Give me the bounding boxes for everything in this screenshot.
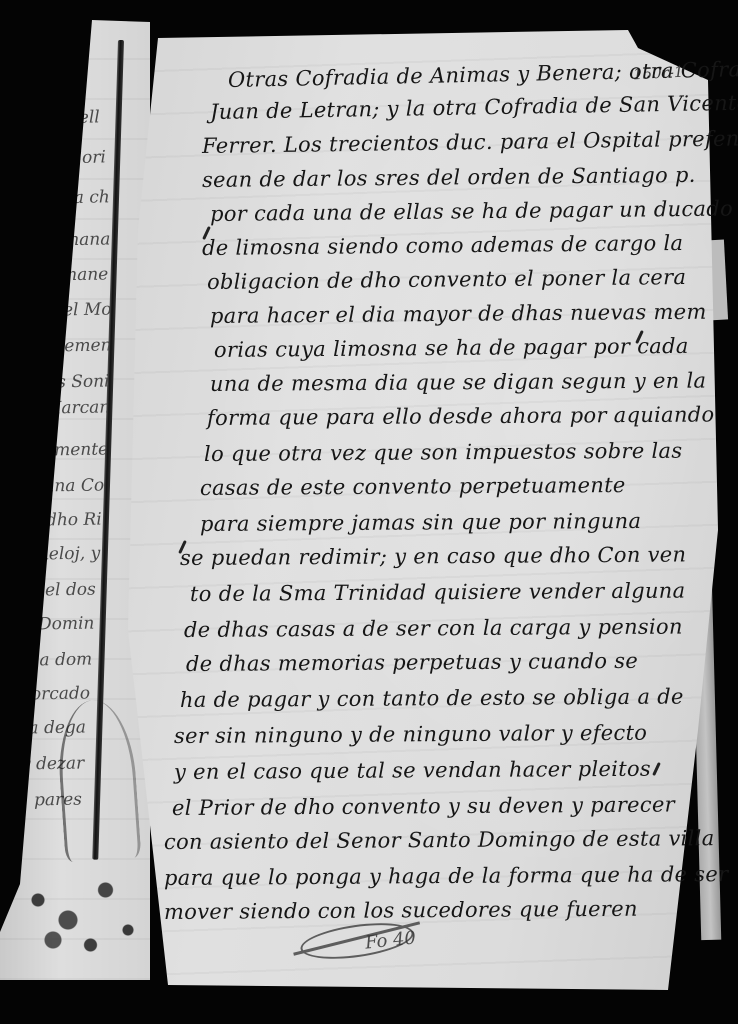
manuscript-line: el Prior de dho convento y su deven y pa…	[172, 792, 675, 820]
manuscript-line: por cada una de ellas se ha de pagar un …	[210, 197, 733, 226]
manuscript-line: para hacer el dia mayor de dhas nuevas m…	[210, 300, 707, 328]
scanned-image-background: Centell en Sori Grana ch manana y mane e…	[0, 0, 738, 1024]
manuscript-line: para siempre jamas sin que por ninguna	[200, 509, 641, 536]
margin-stroke	[652, 762, 661, 776]
manuscript-text: Otras Cofradia de Animas y Benera; otra …	[0, 0, 738, 1024]
manuscript-line: Otras Cofradia de Animas y Benera; otra …	[228, 55, 738, 92]
manuscript-line: to de la Sma Trinidad quisiere vender al…	[190, 579, 686, 606]
manuscript-line: de dhas memorias perpetuas y cuando se	[186, 649, 638, 676]
manuscript-line: de limosna siendo como ademas de cargo l…	[202, 231, 684, 260]
manuscript-line: y en el caso que tal se vendan hacer ple…	[174, 757, 651, 784]
manuscript-line: para que lo ponga y haga de la forma que…	[164, 862, 729, 890]
manuscript-line: forma que para ello desde ahora por aqui…	[207, 402, 715, 430]
manuscript-line: se puedan redimir; y en caso que dho Con…	[180, 542, 686, 570]
manuscript-line: Ferrer. Los trecientos duc. para el Ospi…	[202, 126, 738, 158]
manuscript-line: ser sin ninguno y de ninguno valor y efe…	[174, 721, 647, 748]
manuscript-line: obligacion de dho convento el poner la c…	[207, 265, 687, 294]
manuscript-line: mover siendo con los sucedores que fuere…	[164, 897, 638, 924]
manuscript-line: una de mesma dia que se digan segun y en…	[210, 369, 706, 396]
manuscript-line: ha de pagar y con tanto de esto se oblig…	[180, 684, 684, 712]
manuscript-line: sean de dar los sres del orden de Santia…	[202, 163, 696, 192]
manuscript-line: de dhas casas a de ser con la carga y pe…	[184, 615, 683, 642]
manuscript-line: lo que otra vez que son impuestos sobre …	[204, 439, 683, 466]
manuscript-line: Juan de Letran; y la otra Cofradia de Sa…	[210, 91, 738, 124]
manuscript-line: casas de este convento perpetuamente	[200, 473, 626, 500]
manuscript-line: orias cuya limosna se ha de pagar por ca…	[214, 334, 689, 362]
manuscript-line: con asiento del Senor Santo Domingo de e…	[164, 826, 715, 854]
